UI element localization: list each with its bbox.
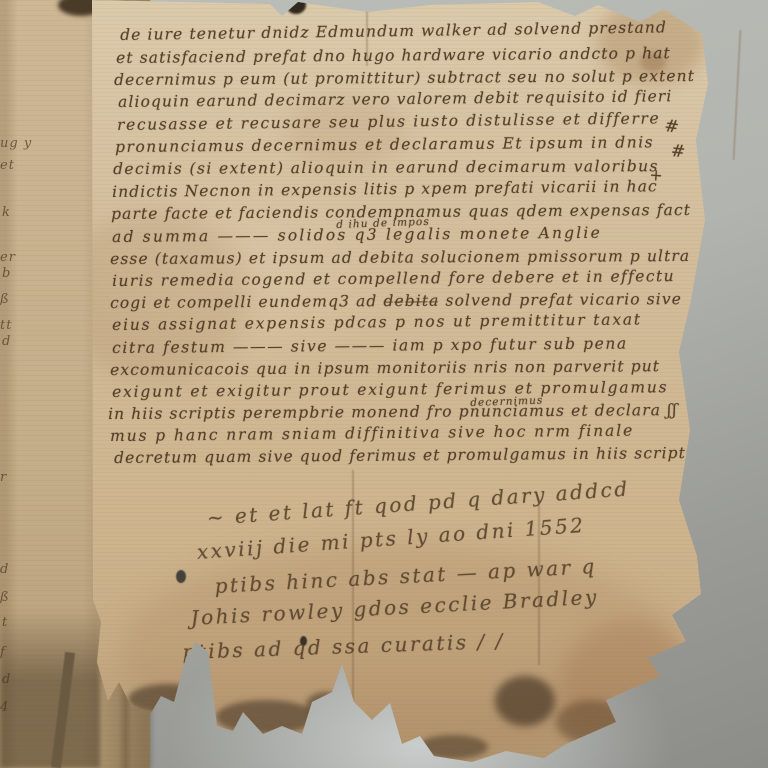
marginal-ink-fragment: 4: [0, 700, 9, 715]
endorsement-line: ptibs ad qd ssa curatis / /: [182, 629, 505, 664]
marginal-ink-fragment: d: [0, 562, 9, 577]
marginal-ink-fragment: r: [0, 470, 7, 485]
endorsement-block: ~ et et lat ft qod pd q dary addcdxxviij…: [0, 0, 768, 768]
marginal-ink-fragment: tt: [0, 318, 12, 333]
leaf-torn-shadow: [0, 610, 100, 768]
marginal-ink-fragment: er: [0, 250, 16, 265]
marginal-ink-fragment: k: [2, 205, 11, 220]
marginal-ink-fragment: d: [2, 672, 11, 687]
marginal-ink-fragment: ß: [0, 292, 10, 307]
marginal-ink-fragment: ug y: [0, 136, 32, 151]
manuscript-photo: ug yetkerbßttdrdßtfd4 de iure tenetur dn…: [0, 0, 768, 768]
marginal-ink-fragment: t: [2, 615, 8, 630]
marginal-ink-fragment: d: [2, 334, 11, 349]
background-scratch-mark: [733, 30, 742, 160]
marginal-ink-fragment: et: [0, 158, 15, 173]
marginal-ink-fragment: b: [2, 266, 11, 281]
marginal-ink-fragment: ß: [0, 590, 10, 605]
marginal-ink-fragment: f: [0, 645, 6, 660]
manuscript-page: de iure tenetur dnidz Edmundum walker ad…: [0, 0, 768, 768]
